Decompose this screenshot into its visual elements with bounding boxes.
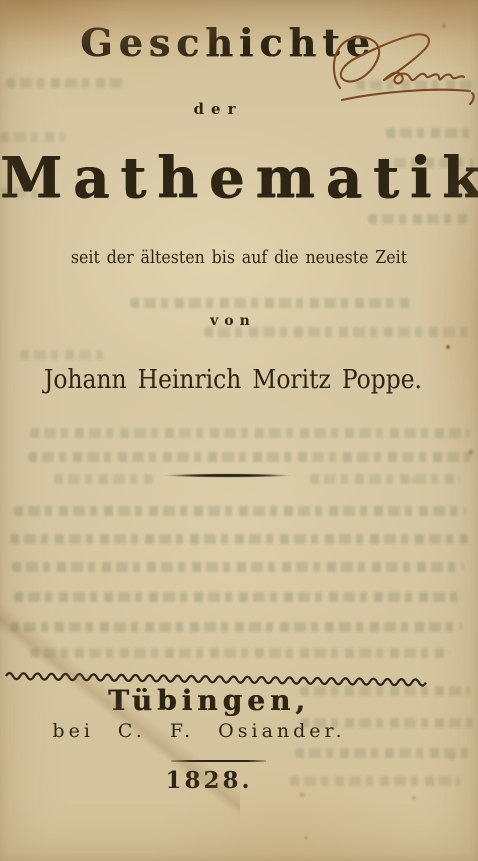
bleedthrough-text-line — [30, 428, 470, 438]
bleedthrough-text-line — [386, 128, 474, 138]
author-name: Johann Heinrich Moritz Poppe. — [18, 367, 448, 393]
bleedthrough-text-line — [28, 452, 472, 462]
bleedthrough-text-line — [295, 748, 475, 758]
signature-strokes — [334, 34, 474, 104]
imprint-publisher: bei C. F. Osiander. — [0, 722, 438, 741]
imprint-place: Tübingen, — [0, 687, 448, 715]
imprint-year: 1828. — [0, 769, 448, 792]
bleedthrough-text-line — [368, 214, 472, 224]
bleedthrough-text-line — [54, 474, 154, 484]
bleedthrough-text-line — [14, 592, 464, 602]
bleedthrough-text-line — [0, 132, 66, 142]
author-separator-rule — [163, 473, 293, 478]
byline-label: von — [0, 314, 472, 328]
publisher-separator-rule — [171, 760, 266, 762]
owner-signature — [326, 30, 478, 108]
bleedthrough-text-line — [30, 648, 450, 658]
bleedthrough-text-line — [10, 534, 468, 544]
bleedthrough-text-line — [20, 350, 110, 360]
bleedthrough-text-line — [6, 78, 126, 88]
bleedthrough-text-line — [130, 298, 414, 308]
scanned-title-page: Geschichte der Mathematik seit der ältes… — [0, 0, 478, 861]
bleedthrough-text-line — [10, 622, 462, 632]
book-title-main: Mathematik — [0, 150, 478, 206]
bleedthrough-text-line — [310, 474, 460, 484]
book-subtitle: seit der ältesten bis auf die neueste Ze… — [29, 249, 450, 267]
bleedthrough-text-line — [12, 562, 464, 572]
bleedthrough-text-line — [14, 506, 466, 516]
